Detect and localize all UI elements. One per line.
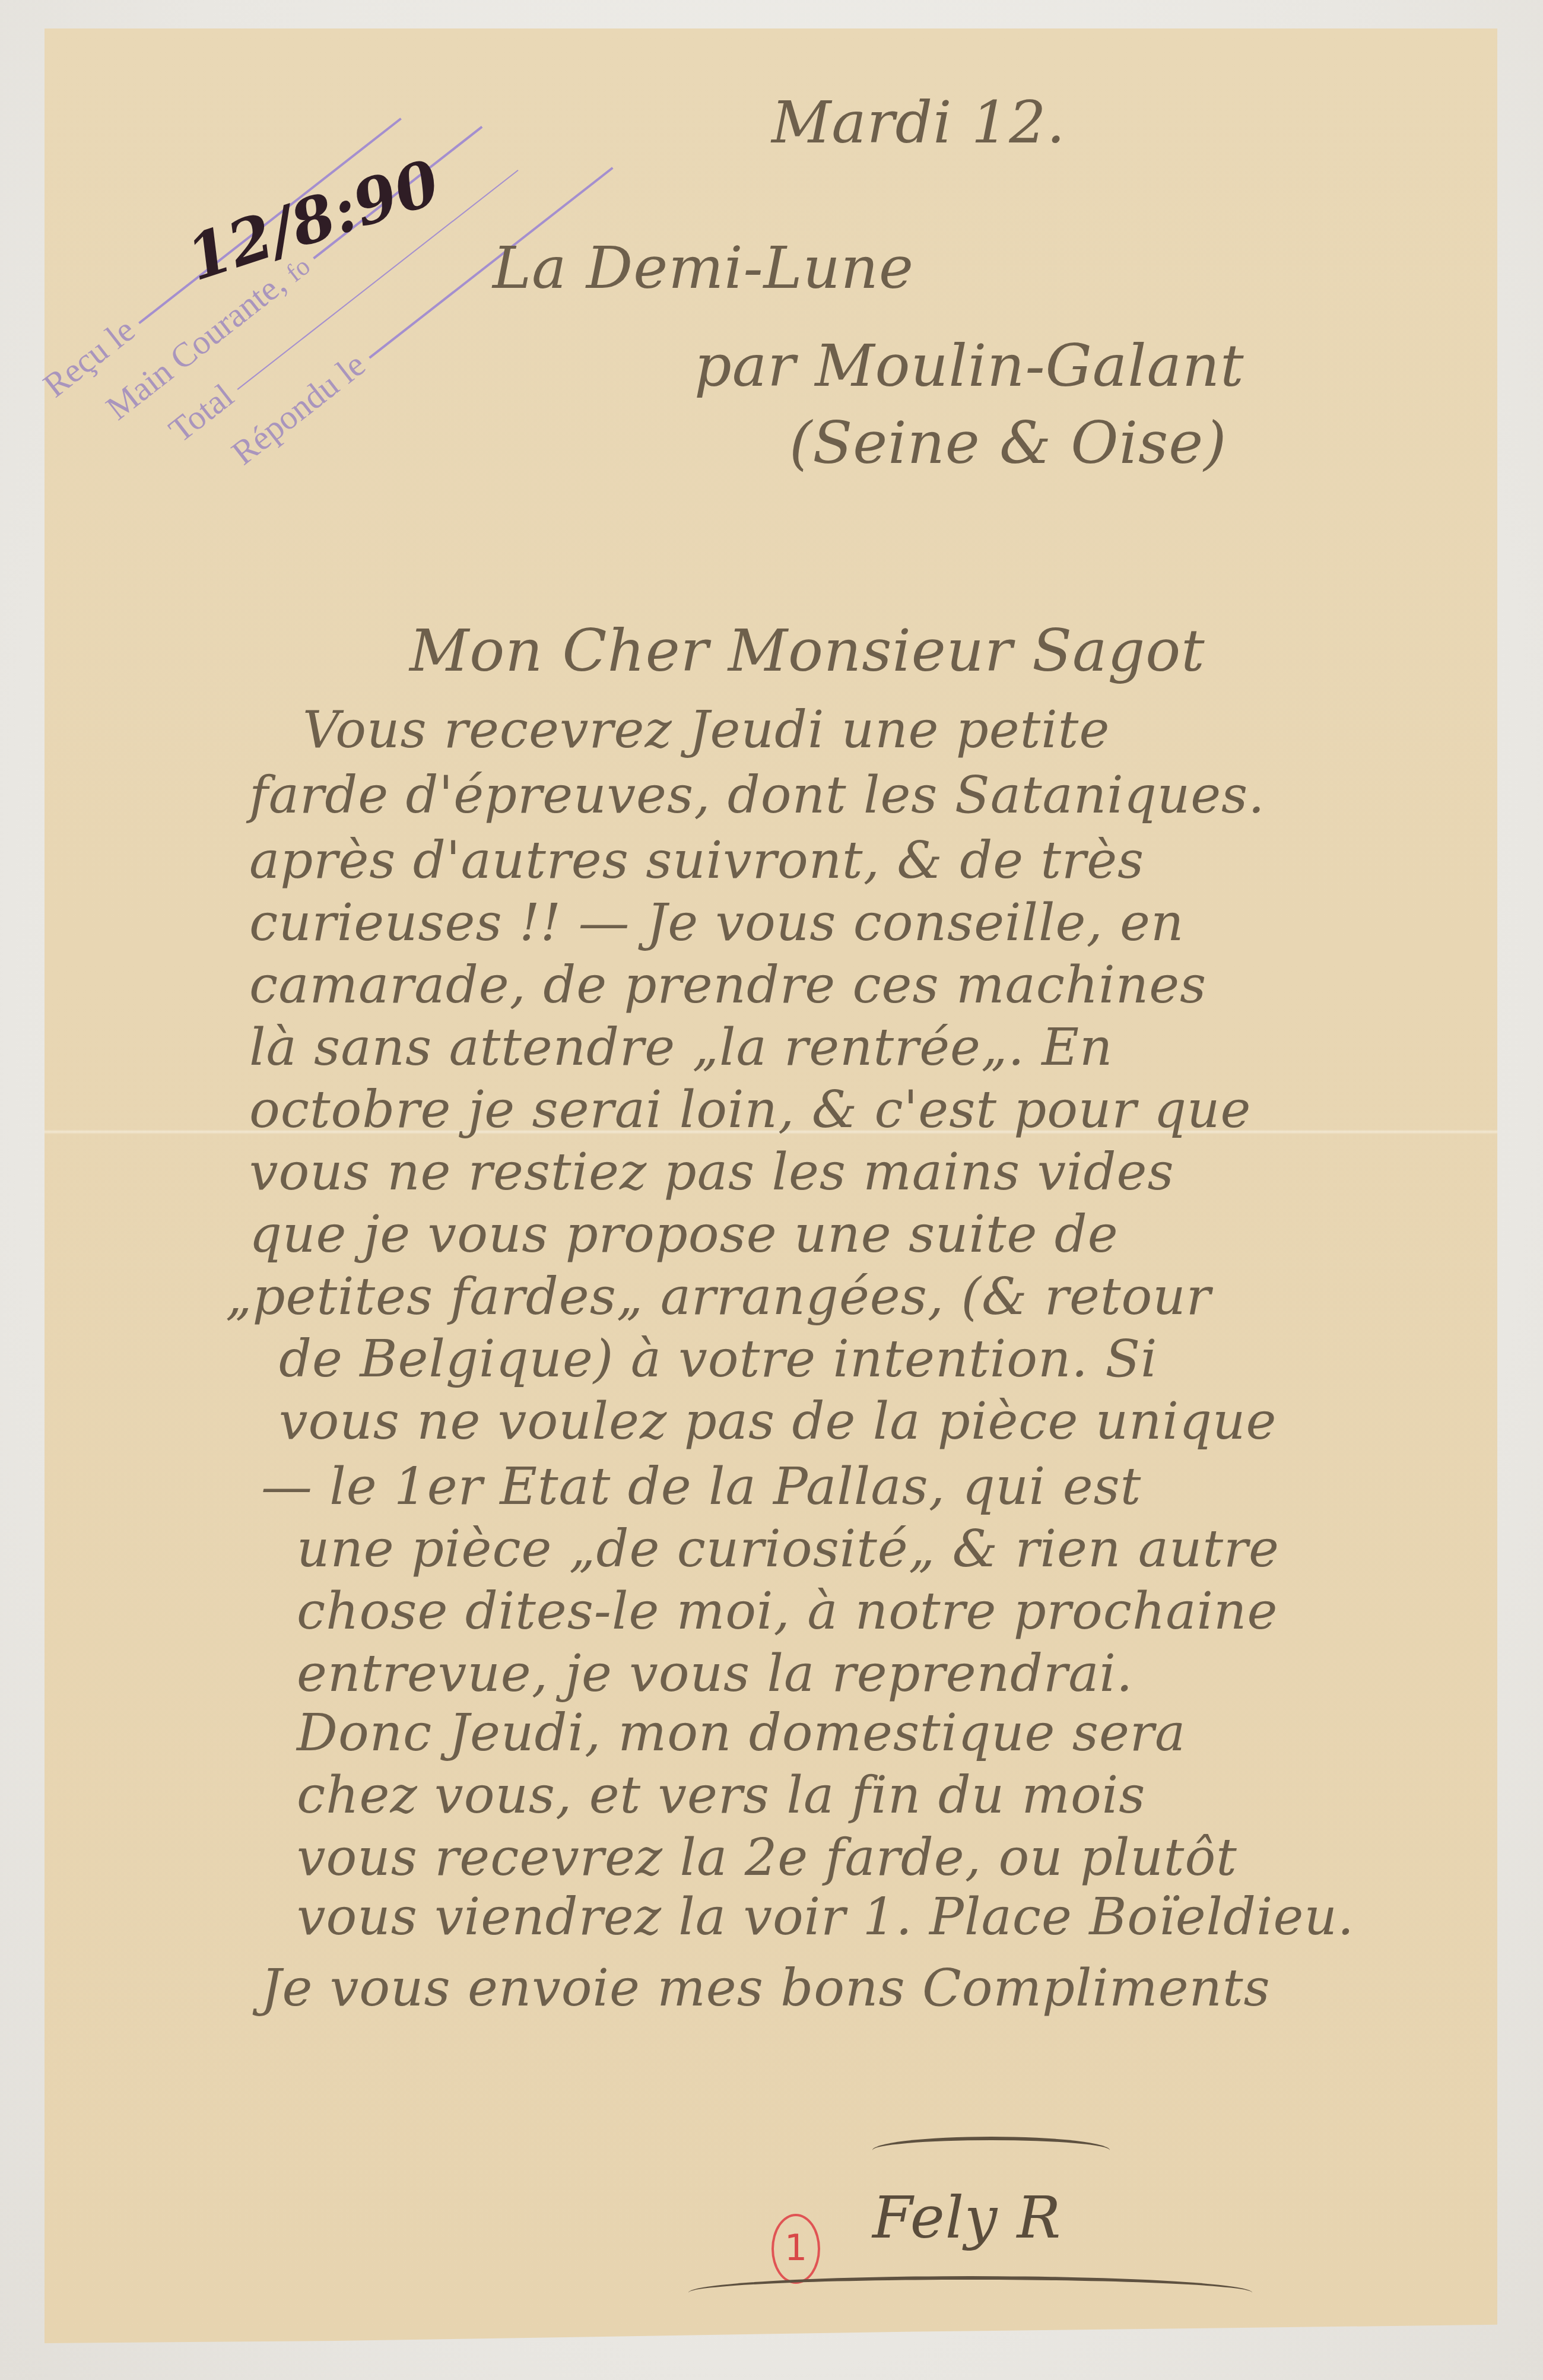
body-line: après d'autres suivront, & de très bbox=[249, 831, 1144, 890]
body-line: là sans attendre „la rentrée„. En bbox=[249, 1018, 1113, 1077]
body-line: octobre je serai loin, & c'est pour que bbox=[249, 1080, 1251, 1140]
body-line: Donc Jeudi, mon domestique sera bbox=[297, 1703, 1186, 1763]
body-line: chez vous, et vers la fin du mois bbox=[297, 1766, 1145, 1825]
body-line: vous ne restiez pas les mains vides bbox=[249, 1143, 1174, 1202]
body-line: farde d'épreuves, dont les Sataniques. bbox=[249, 766, 1265, 825]
body-line: „petites fardes„ arrangées, (& retour bbox=[226, 1267, 1211, 1327]
signature: Fely R bbox=[872, 2184, 1061, 2252]
body-line: que je vous propose une suite de bbox=[249, 1205, 1119, 1264]
address-line-3: (Seine & Oise) bbox=[789, 410, 1227, 477]
body-line: chose dites-le moi, à notre prochaine bbox=[297, 1582, 1278, 1641]
letter-date: Mardi 12. bbox=[771, 89, 1066, 157]
body-line: vous recevrez la 2e farde, ou plutôt bbox=[297, 1828, 1237, 1887]
body-line: Vous recevrez Jeudi une petite bbox=[303, 700, 1110, 760]
address-line-1: La Demi-Lune bbox=[493, 234, 914, 302]
body-line: une pièce „de curiosité„ & rien autre bbox=[297, 1519, 1280, 1579]
body-line: vous ne voulez pas de la pièce unique bbox=[279, 1392, 1277, 1451]
body-line: curieuses !! — Je vous conseille, en bbox=[249, 893, 1184, 953]
body-line: vous viendrez la voir 1. Place Boïeldieu… bbox=[297, 1887, 1354, 1947]
closing-line: Je vous envoie mes bons Compliments bbox=[261, 1959, 1271, 2018]
signature-underline bbox=[688, 2276, 1252, 2309]
address-line-2: par Moulin-Galant bbox=[694, 332, 1244, 400]
signature-flourish-top bbox=[872, 2137, 1110, 2164]
salutation: Mon Cher Monsieur Sagot bbox=[409, 617, 1205, 685]
body-line: entrevue, je vous la reprendrai. bbox=[297, 1644, 1133, 1703]
folio-number-mark: 1 bbox=[771, 2214, 820, 2284]
body-line: de Belgique) à votre intention. Si bbox=[279, 1329, 1158, 1389]
body-line: camarade, de prendre ces machines bbox=[249, 956, 1207, 1015]
body-line: — le 1er Etat de la Pallas, qui est bbox=[261, 1457, 1141, 1516]
